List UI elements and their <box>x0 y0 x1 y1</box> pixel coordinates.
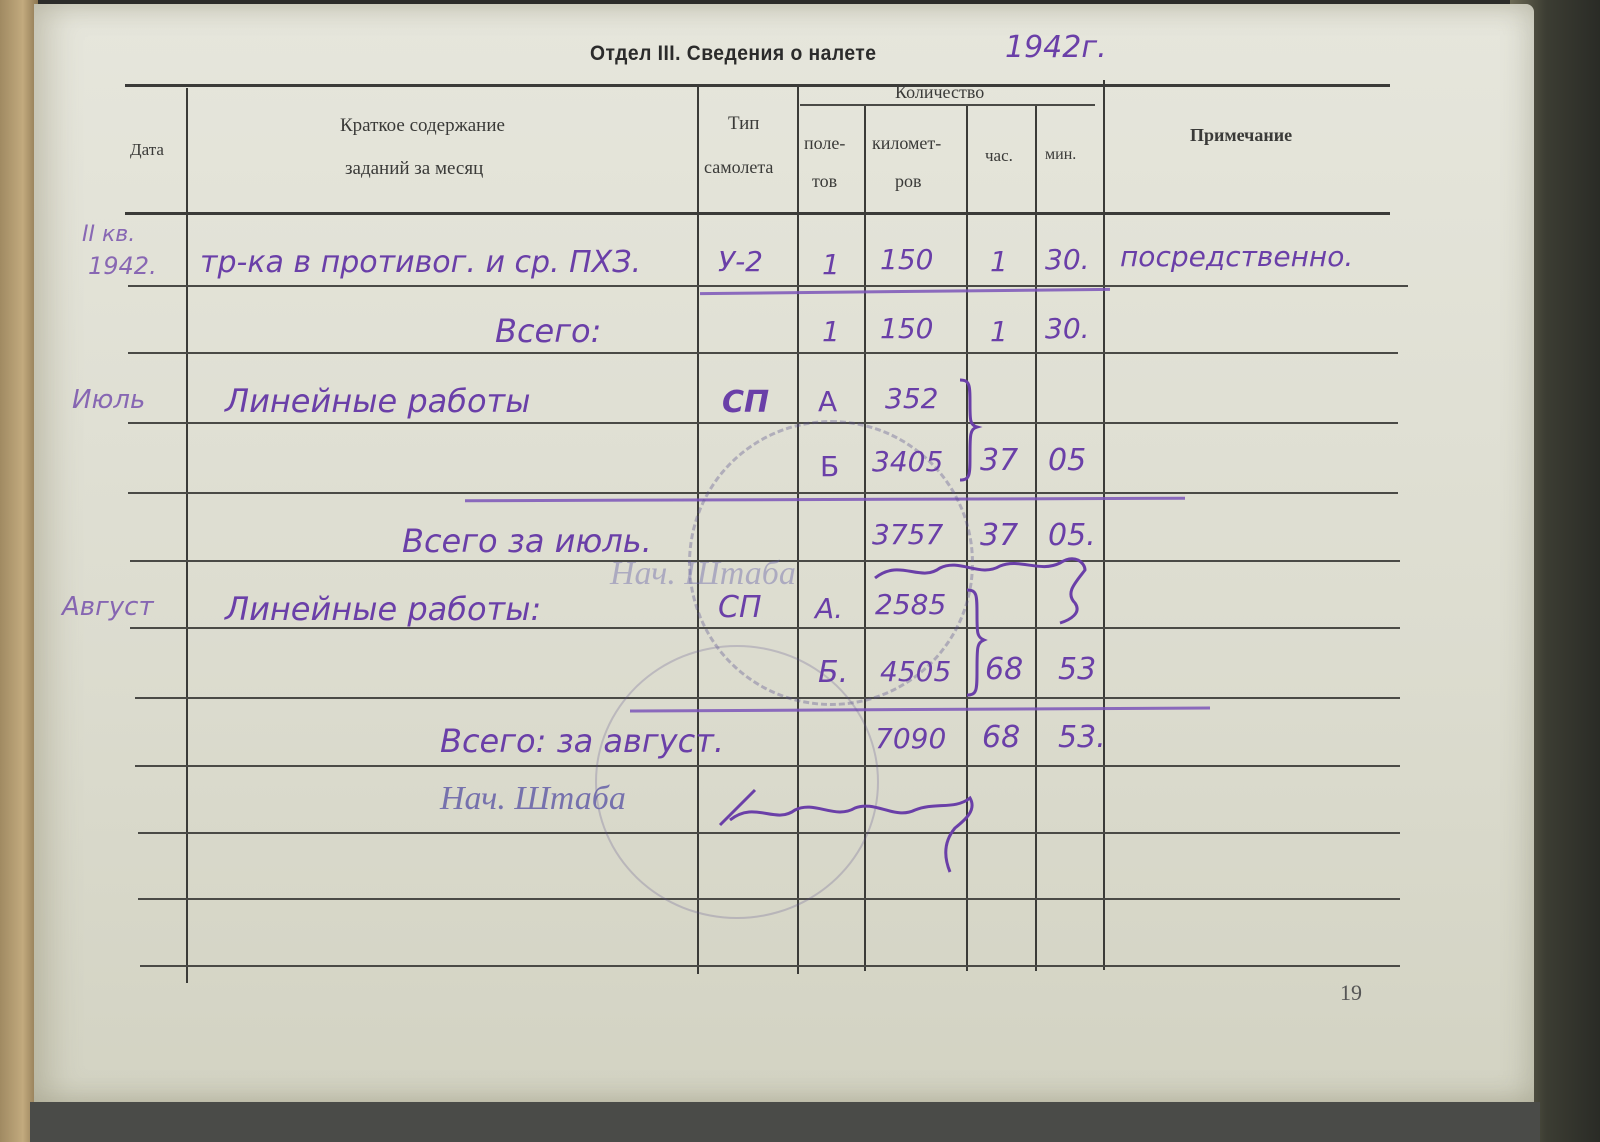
flights-cell: 1 <box>822 315 840 348</box>
row-rule <box>128 422 1398 424</box>
summary-cell: Линейные работы: <box>225 590 541 628</box>
col-divider-date <box>186 88 188 983</box>
signature-scribble <box>715 780 985 880</box>
bracket-july <box>955 375 985 485</box>
date-year: 1942. <box>88 252 157 280</box>
minutes-cell: 30. <box>1045 312 1090 345</box>
row-rule <box>128 352 1398 354</box>
col-header-summary-1: Краткое содержание <box>340 115 505 137</box>
book-bottom <box>30 1102 1540 1142</box>
aircraft-cell: СП <box>718 590 762 625</box>
minutes-cell: 53 <box>1058 652 1096 687</box>
km-cell: 3405 <box>872 445 943 478</box>
header-bottom-rule <box>125 212 1390 215</box>
col-header-hours: час. <box>985 146 1013 166</box>
quantity-rule <box>800 104 1095 106</box>
row-rule <box>140 965 1400 967</box>
date-month: Июль <box>72 385 145 415</box>
flights-cell: А <box>818 385 837 418</box>
page-number: 19 <box>1340 980 1362 1006</box>
aircraft-cell: СП <box>722 385 769 420</box>
hours-cell: 68 <box>982 720 1020 755</box>
summary-cell: Всего: за август. <box>440 722 724 760</box>
faded-stamp-text: Нач. Штаба <box>610 555 796 593</box>
flights-cell: Б <box>820 450 839 483</box>
minutes-cell: 05 <box>1048 443 1086 478</box>
flights-cell: 1 <box>822 248 840 281</box>
summary-cell: Всего: <box>495 312 601 350</box>
col-header-aircraft-2: самолета <box>704 157 773 178</box>
hours-cell: 37 <box>980 443 1018 478</box>
col-header-aircraft-1: Тип <box>728 113 759 135</box>
col-header-minutes: мин. <box>1045 146 1076 164</box>
col-header-km-2: ров <box>895 171 922 192</box>
km-cell: 352 <box>885 382 938 415</box>
flights-cell: А. <box>815 592 843 625</box>
minutes-cell: 53. <box>1058 720 1106 755</box>
note-cell: посредственно. <box>1120 240 1353 273</box>
km-cell: 7090 <box>875 722 946 755</box>
col-divider-hours <box>1035 106 1037 971</box>
flights-cell: Б. <box>818 655 848 690</box>
hours-cell: 1 <box>990 245 1008 278</box>
col-header-note: Примечание <box>1190 125 1292 146</box>
year-handwritten: 1942г. <box>1005 30 1107 65</box>
col-header-flights-2: тов <box>812 171 837 192</box>
date-month: Август <box>62 592 154 622</box>
hours-cell: 1 <box>990 315 1008 348</box>
date-quarter: II кв. <box>82 222 135 247</box>
col-header-date: Дата <box>130 140 164 160</box>
bracket-august <box>962 585 992 700</box>
section-title: Отдел III. Сведения о налете <box>590 42 876 66</box>
km-cell: 150 <box>880 312 933 345</box>
col-header-km-1: километ- <box>872 133 941 154</box>
header-top-rule <box>125 84 1390 87</box>
col-header-flights-1: поле- <box>804 133 845 154</box>
summary-cell: тр-ка в противог. и ср. ПХЗ. <box>200 245 641 280</box>
col-header-quantity: Количество <box>895 82 984 103</box>
book-spine <box>0 0 38 1142</box>
summary-cell: Линейные работы <box>225 382 530 420</box>
minutes-cell: 30. <box>1045 243 1090 276</box>
row-rule <box>128 285 1408 287</box>
chief-of-staff-stamp: Нач. Штаба <box>440 780 626 818</box>
km-cell: 4505 <box>880 655 951 688</box>
aircraft-cell: У-2 <box>718 245 763 278</box>
col-header-summary-2: заданий за месяц <box>345 158 483 180</box>
km-cell: 3757 <box>872 518 943 551</box>
km-cell: 150 <box>880 243 933 276</box>
col-divider-minutes <box>1103 80 1105 970</box>
